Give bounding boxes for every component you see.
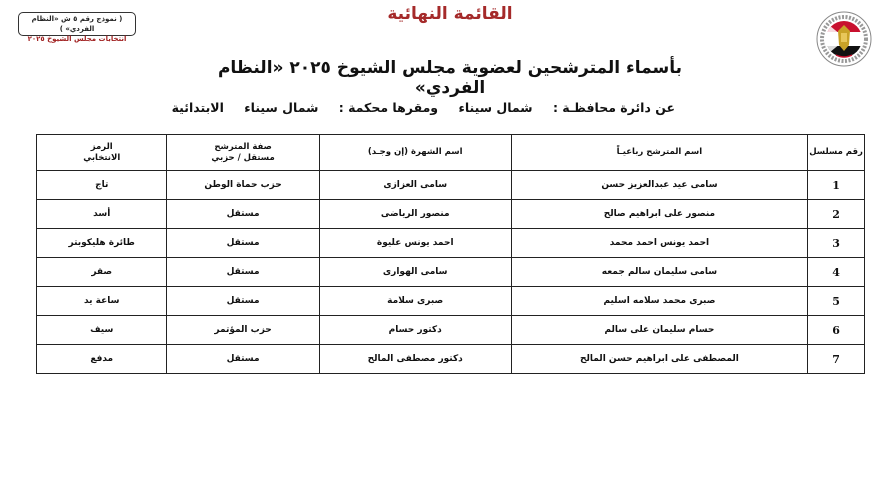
cell-nickname: احمد يونس عليوة xyxy=(319,229,511,258)
election-label: انتخابات مجلس الشيوخ ٢٠٢٥ xyxy=(19,34,135,44)
cell-status: حزب المؤتمر xyxy=(167,316,319,345)
cell-symbol: سيف xyxy=(37,316,167,345)
court-value: شمال سيناء xyxy=(244,100,318,115)
column-header-status-line1: صفة المترشح xyxy=(167,142,318,153)
column-header-symbol: الرمز الانتخابي xyxy=(37,135,167,171)
court-type: الابتدائية xyxy=(172,100,224,115)
cell-symbol: أسد xyxy=(37,200,167,229)
table-row: 5 صبرى محمد سلامه اسليم صبرى سلامة مستقل… xyxy=(37,287,865,316)
table-header-row: رقم مسلسل اسم المترشح رباعيـاً اسم الشهر… xyxy=(37,135,865,171)
cell-status: مستقل xyxy=(167,200,319,229)
table-row: 7 المصطفى على ابراهيم حسن المالح دكتور م… xyxy=(37,345,865,374)
column-header-serial-label: رقم مسلسل xyxy=(808,147,864,158)
cell-nickname: صبرى سلامة xyxy=(319,287,511,316)
cell-status: حزب حماة الوطن xyxy=(167,171,319,200)
cell-name: سامى عيد عبدالعزيز حسن xyxy=(511,171,807,200)
district-info: عن دائرة محافظـة : شمال سيناء ومقرها محك… xyxy=(235,100,675,115)
cell-nickname: سامى الهوارى xyxy=(319,258,511,287)
cell-symbol: صقر xyxy=(37,258,167,287)
column-header-status: صفة المترشح مستقل / حزبي xyxy=(167,135,319,171)
column-header-serial: رقم مسلسل xyxy=(808,135,865,171)
cell-nickname: سامى العزازى xyxy=(319,171,511,200)
table-row: 6 حسام سليمان على سالم دكتور حسام حزب ال… xyxy=(37,316,865,345)
cell-serial: 7 xyxy=(808,345,865,374)
cell-serial: 2 xyxy=(808,200,865,229)
cell-serial: 6 xyxy=(808,316,865,345)
form-number-label: ( نموذج رقم ٥ ش «النظام الفردي» ) xyxy=(19,14,135,34)
cell-serial: 5 xyxy=(808,287,865,316)
cell-serial: 3 xyxy=(808,229,865,258)
cell-symbol: ساعة يد xyxy=(37,287,167,316)
column-header-nickname: اسم الشهرة (إن وجـد) xyxy=(319,135,511,171)
table-row: 3 احمد يونس احمد محمد احمد يونس عليوة مس… xyxy=(37,229,865,258)
column-header-symbol-line1: الرمز xyxy=(37,142,166,153)
document-title: بأسماء المترشحين لعضوية مجلس الشيوخ ٢٠٢٥… xyxy=(180,58,720,98)
column-header-symbol-line2: الانتخابي xyxy=(37,153,166,164)
cell-status: مستقل xyxy=(167,258,319,287)
cell-status: مستقل xyxy=(167,229,319,258)
cell-name: منصور على ابراهيم صالح xyxy=(511,200,807,229)
cell-name: المصطفى على ابراهيم حسن المالح xyxy=(511,345,807,374)
cell-nickname: دكتور حسام xyxy=(319,316,511,345)
form-number-box: ( نموذج رقم ٥ ش «النظام الفردي» ) انتخاب… xyxy=(18,12,136,36)
table-row: 4 سامى سليمان سالم جمعه سامى الهوارى مست… xyxy=(37,258,865,287)
column-header-status-line2: مستقل / حزبي xyxy=(167,153,318,164)
column-header-name: اسم المترشح رباعيـاً xyxy=(511,135,807,171)
candidates-table: رقم مسلسل اسم المترشح رباعيـاً اسم الشهر… xyxy=(36,134,865,374)
cell-symbol: تاج xyxy=(37,171,167,200)
cell-status: مستقل xyxy=(167,287,319,316)
district-value: شمال سيناء xyxy=(458,100,532,115)
cell-name: سامى سليمان سالم جمعه xyxy=(511,258,807,287)
table-row: 1 سامى عيد عبدالعزيز حسن سامى العزازى حز… xyxy=(37,171,865,200)
final-list-title: القائمة النهائية xyxy=(300,4,600,24)
cell-serial: 1 xyxy=(808,171,865,200)
cell-symbol: طائرة هليكوبتر xyxy=(37,229,167,258)
national-election-authority-emblem-icon xyxy=(816,11,872,67)
cell-nickname: منصور الرياضى xyxy=(319,200,511,229)
cell-name: احمد يونس احمد محمد xyxy=(511,229,807,258)
court-label: ومقرها محكمة : xyxy=(339,100,438,115)
cell-name: حسام سليمان على سالم xyxy=(511,316,807,345)
cell-name: صبرى محمد سلامه اسليم xyxy=(511,287,807,316)
cell-status: مستقل xyxy=(167,345,319,374)
cell-serial: 4 xyxy=(808,258,865,287)
table-row: 2 منصور على ابراهيم صالح منصور الرياضى م… xyxy=(37,200,865,229)
cell-symbol: مدفع xyxy=(37,345,167,374)
cell-nickname: دكتور مصطفى المالح xyxy=(319,345,511,374)
district-label: عن دائرة محافظـة : xyxy=(553,100,675,115)
